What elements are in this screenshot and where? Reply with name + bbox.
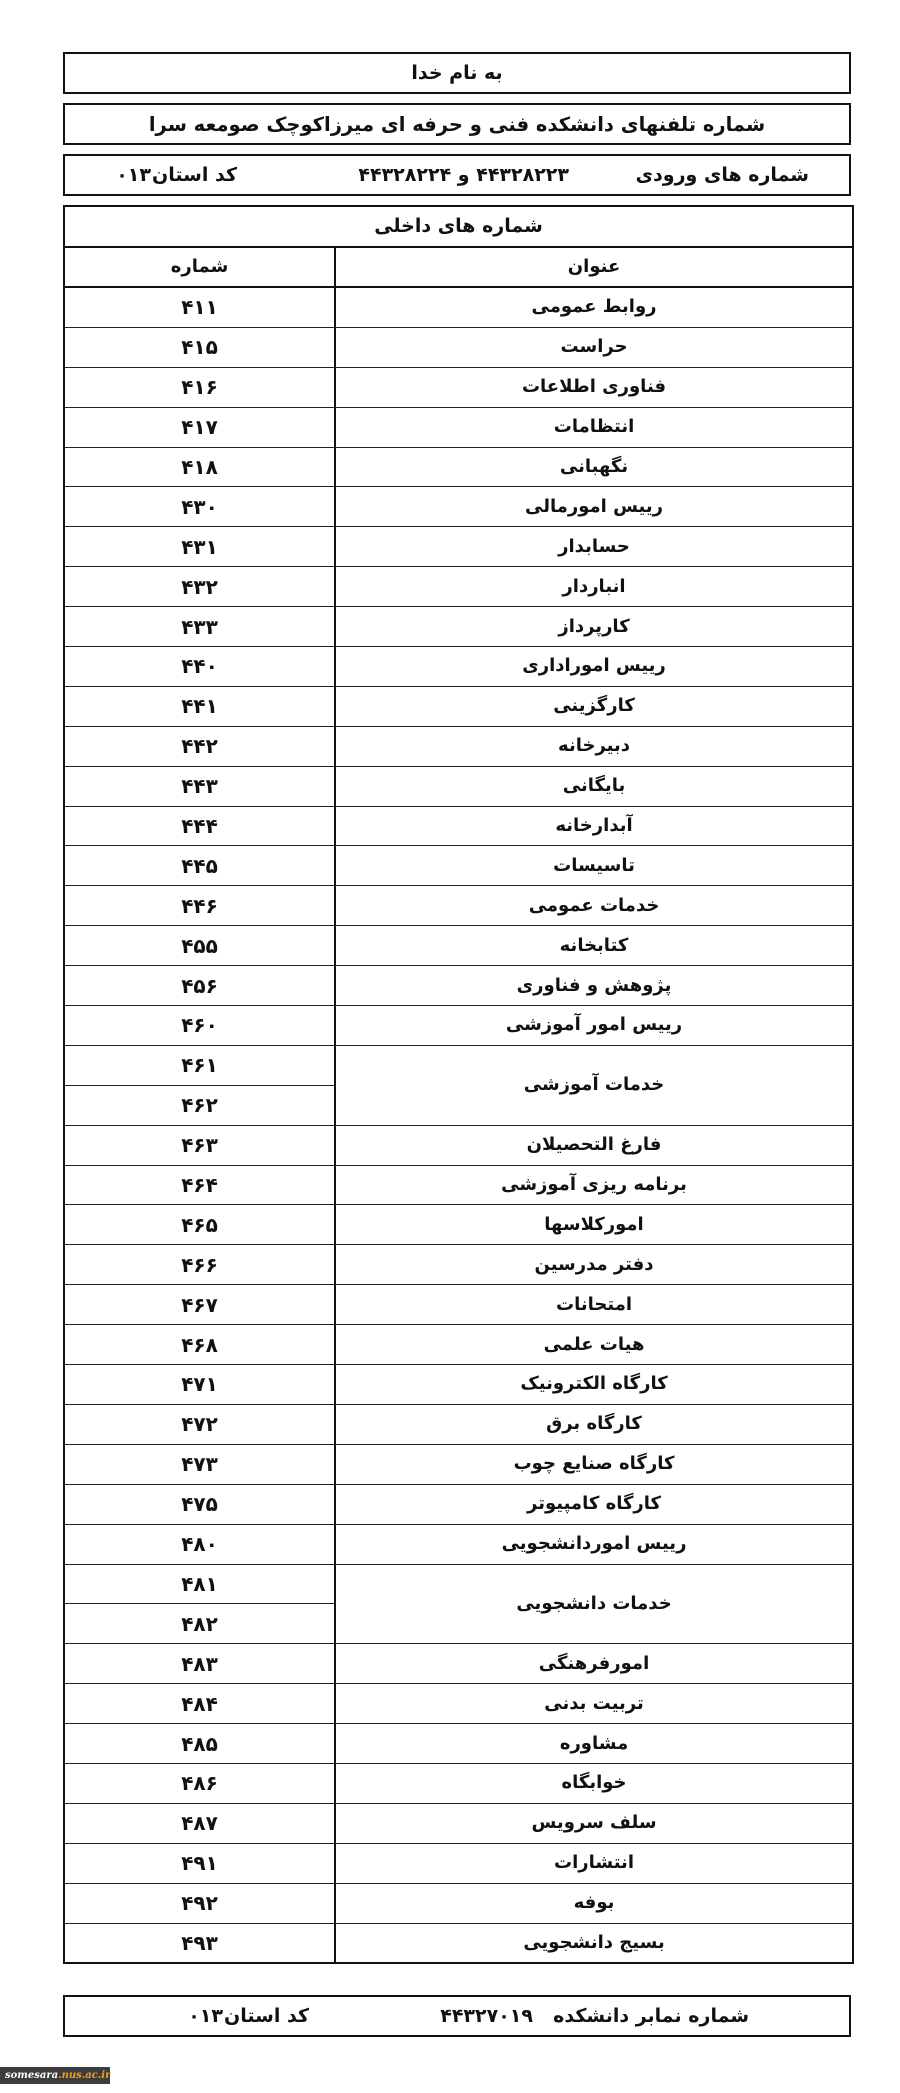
row-title: انباردار	[335, 567, 853, 607]
table-row: دفتر مدرسین۴۶۶	[64, 1245, 853, 1285]
row-title: امورکلاسها	[335, 1205, 853, 1245]
row-extension-number: ۴۴۳	[64, 766, 335, 806]
row-title: آبدارخانه	[335, 806, 853, 846]
column-header-title: عنوان	[335, 247, 853, 287]
table-row: دبیرخانه۴۴۲	[64, 726, 853, 766]
table-row: امورکلاسها۴۶۵	[64, 1205, 853, 1245]
row-extension-number: ۴۷۵	[64, 1484, 335, 1524]
bismillah-text: به نام خدا	[411, 62, 502, 84]
document-title-box: شماره تلفنهای دانشکده فنی و حرفه ای میرز…	[63, 103, 851, 145]
row-title: فناوری اطلاعات	[335, 367, 853, 407]
table-row: کارپرداز۴۳۳	[64, 607, 853, 647]
row-extension-number: ۴۴۶	[64, 886, 335, 926]
row-extension-number: ۴۱۱	[64, 287, 335, 327]
row-title: کارگاه الکترونیک	[335, 1365, 853, 1405]
row-title: انتظامات	[335, 407, 853, 447]
row-extension-number: ۴۳۱	[64, 527, 335, 567]
table-row: فناوری اطلاعات۴۱۶	[64, 367, 853, 407]
row-extension-number: ۴۴۴	[64, 806, 335, 846]
table-row: مشاوره۴۸۵	[64, 1724, 853, 1764]
row-title: تاسیسات	[335, 846, 853, 886]
table-row: نگهبانی۴۱۸	[64, 447, 853, 487]
row-title: رییس امور آموزشی	[335, 1006, 853, 1046]
row-extension-number: ۴۷۱	[64, 1365, 335, 1405]
table-row: تربیت بدنی۴۸۴	[64, 1684, 853, 1724]
province-code-value: ۰۱۳	[116, 156, 151, 194]
table-row: کارگاه برق۴۷۲	[64, 1404, 853, 1444]
table-row: پژوهش و فناوری۴۵۶	[64, 966, 853, 1006]
row-extension-number: ۴۶۰	[64, 1006, 335, 1046]
watermark-part-2: .nus.ac.ir	[58, 2070, 110, 2081]
row-extension-number: ۴۸۰	[64, 1524, 335, 1564]
row-extension-number: ۴۶۴	[64, 1165, 335, 1205]
row-title: کارپرداز	[335, 607, 853, 647]
row-title: کتابخانه	[335, 926, 853, 966]
row-title: فارغ التحصیلان	[335, 1125, 853, 1165]
row-extension-number: ۴۴۲	[64, 726, 335, 766]
table-row: کارگاه کامپیوتر۴۷۵	[64, 1484, 853, 1524]
entry-numbers-label: شماره های ورودی	[636, 156, 809, 194]
row-title: برنامه ریزی آموزشی	[335, 1165, 853, 1205]
table-row: برنامه ریزی آموزشی۴۶۴	[64, 1165, 853, 1205]
fax-label: شماره نمابر دانشکده	[553, 1997, 749, 2035]
row-extension-number: ۴۶۶	[64, 1245, 335, 1285]
table-row: رییس اموردانشجویی۴۸۰	[64, 1524, 853, 1564]
row-extension-number: ۴۶۲	[64, 1085, 335, 1125]
table-row: انباردار۴۳۲	[64, 567, 853, 607]
table-row: سلف سرویس۴۸۷	[64, 1803, 853, 1843]
table-row: رییس امور آموزشی۴۶۰	[64, 1006, 853, 1046]
row-extension-number: ۴۴۰	[64, 647, 335, 687]
row-extension-number: ۴۹۳	[64, 1923, 335, 1963]
table-row: بوفه۴۹۲	[64, 1883, 853, 1923]
row-extension-number: ۴۱۸	[64, 447, 335, 487]
row-title: پژوهش و فناوری	[335, 966, 853, 1006]
row-title: خوابگاه	[335, 1763, 853, 1803]
row-extension-number: ۴۳۲	[64, 567, 335, 607]
row-extension-number: ۴۱۵	[64, 327, 335, 367]
table-title-row: شماره های داخلی	[64, 206, 853, 247]
row-extension-number: ۴۴۵	[64, 846, 335, 886]
row-extension-number: ۴۱۶	[64, 367, 335, 407]
row-extension-number: ۴۶۷	[64, 1285, 335, 1325]
row-extension-number: ۴۸۴	[64, 1684, 335, 1724]
row-extension-number: ۴۸۱	[64, 1564, 335, 1604]
fax-box: شماره نمابر دانشکده ۴۴۳۲۷۰۱۹ کد استان ۰۱…	[63, 1995, 851, 2037]
row-title: دبیرخانه	[335, 726, 853, 766]
row-title: تربیت بدنی	[335, 1684, 853, 1724]
row-extension-number: ۴۸۲	[64, 1604, 335, 1644]
row-title: دفتر مدرسین	[335, 1245, 853, 1285]
row-title: کارگاه کامپیوتر	[335, 1484, 853, 1524]
entry-numbers-value: ۴۴۳۲۸۲۲۳ و ۴۴۳۲۸۲۲۴	[358, 156, 569, 194]
row-title: نگهبانی	[335, 447, 853, 487]
table-row: کارگاه الکترونیک۴۷۱	[64, 1365, 853, 1405]
table-row: هیات علمی۴۶۸	[64, 1325, 853, 1365]
document-title: شماره تلفنهای دانشکده فنی و حرفه ای میرز…	[149, 113, 765, 136]
row-extension-number: ۴۶۱	[64, 1045, 335, 1085]
table-row: روابط عمومی۴۱۱	[64, 287, 853, 327]
row-extension-number: ۴۳۳	[64, 607, 335, 647]
table-title: شماره های داخلی	[64, 206, 853, 247]
table-row: فارغ التحصیلان۴۶۳	[64, 1125, 853, 1165]
table-row: کارگاه صنایع چوب۴۷۳	[64, 1444, 853, 1484]
table-row: رییس اموراداری۴۴۰	[64, 647, 853, 687]
entry-numbers-box: شماره های ورودی ۴۴۳۲۸۲۲۳ و ۴۴۳۲۸۲۲۴ کد ا…	[63, 154, 851, 196]
row-title: امتحانات	[335, 1285, 853, 1325]
table-row: کتابخانه۴۵۵	[64, 926, 853, 966]
table-row: بسیج دانشجویی۴۹۳	[64, 1923, 853, 1963]
row-extension-number: ۴۳۰	[64, 487, 335, 527]
table-row: امورفرهنگی۴۸۳	[64, 1644, 853, 1684]
row-extension-number: ۴۵۵	[64, 926, 335, 966]
row-title: خدمات دانشجویی	[335, 1564, 853, 1644]
row-extension-number: ۴۷۳	[64, 1444, 335, 1484]
fax-number: ۴۴۳۲۷۰۱۹	[440, 1997, 533, 2035]
row-extension-number: ۴۹۲	[64, 1883, 335, 1923]
table-row: بایگانی۴۴۳	[64, 766, 853, 806]
row-title: کارگزینی	[335, 686, 853, 726]
table-row: خدمات آموزشی۴۶۱	[64, 1045, 853, 1085]
row-title: سلف سرویس	[335, 1803, 853, 1843]
row-title: کارگاه برق	[335, 1404, 853, 1444]
bismillah-box: به نام خدا	[63, 52, 851, 94]
row-extension-number: ۴۶۵	[64, 1205, 335, 1245]
table-row: حراست۴۱۵	[64, 327, 853, 367]
row-title: هیات علمی	[335, 1325, 853, 1365]
table-row: حسابدار۴۳۱	[64, 527, 853, 567]
row-extension-number: ۴۱۷	[64, 407, 335, 447]
site-watermark: somesara.nus.ac.ir	[0, 2067, 110, 2084]
row-title: بایگانی	[335, 766, 853, 806]
row-title: خدمات عمومی	[335, 886, 853, 926]
table-row: کارگزینی۴۴۱	[64, 686, 853, 726]
table-row: امتحانات۴۶۷	[64, 1285, 853, 1325]
row-title: روابط عمومی	[335, 287, 853, 327]
table-row: انتظامات۴۱۷	[64, 407, 853, 447]
row-extension-number: ۴۶۳	[64, 1125, 335, 1165]
row-title: رییس امورمالی	[335, 487, 853, 527]
row-extension-number: ۴۵۶	[64, 966, 335, 1006]
row-title: حراست	[335, 327, 853, 367]
table-body: روابط عمومی۴۱۱حراست۴۱۵فناوری اطلاعات۴۱۶ا…	[64, 287, 853, 1963]
row-title: امورفرهنگی	[335, 1644, 853, 1684]
table-row: تاسیسات۴۴۵	[64, 846, 853, 886]
row-title: حسابدار	[335, 527, 853, 567]
row-title: رییس اموراداری	[335, 647, 853, 687]
row-extension-number: ۴۴۱	[64, 686, 335, 726]
row-extension-number: ۴۸۷	[64, 1803, 335, 1843]
row-title: رییس اموردانشجویی	[335, 1524, 853, 1564]
table-row: خدمات دانشجویی۴۸۱	[64, 1564, 853, 1604]
fax-province-code-label: کد استان	[224, 1997, 309, 2035]
column-header-number: شماره	[64, 247, 335, 287]
row-extension-number: ۴۹۱	[64, 1843, 335, 1883]
fax-province-code-value: ۰۱۳	[188, 1997, 223, 2035]
table-row: خوابگاه۴۸۶	[64, 1763, 853, 1803]
table-row: رییس امورمالی۴۳۰	[64, 487, 853, 527]
row-title: بوفه	[335, 1883, 853, 1923]
row-title: مشاوره	[335, 1724, 853, 1764]
table-row: خدمات عمومی۴۴۶	[64, 886, 853, 926]
row-title: انتشارات	[335, 1843, 853, 1883]
row-extension-number: ۴۸۶	[64, 1763, 335, 1803]
row-extension-number: ۴۸۵	[64, 1724, 335, 1764]
row-extension-number: ۴۶۸	[64, 1325, 335, 1365]
table-row: انتشارات۴۹۱	[64, 1843, 853, 1883]
watermark-part-1: somesara	[5, 2070, 58, 2081]
province-code-label: کد استان	[152, 156, 237, 194]
internal-numbers-table: شماره های داخلی عنوان شماره روابط عمومی۴…	[63, 205, 854, 1964]
row-extension-number: ۴۷۲	[64, 1404, 335, 1444]
table-header-row: عنوان شماره	[64, 247, 853, 287]
table-row: آبدارخانه۴۴۴	[64, 806, 853, 846]
row-title: بسیج دانشجویی	[335, 1923, 853, 1963]
row-extension-number: ۴۸۳	[64, 1644, 335, 1684]
row-title: خدمات آموزشی	[335, 1045, 853, 1125]
row-title: کارگاه صنایع چوب	[335, 1444, 853, 1484]
